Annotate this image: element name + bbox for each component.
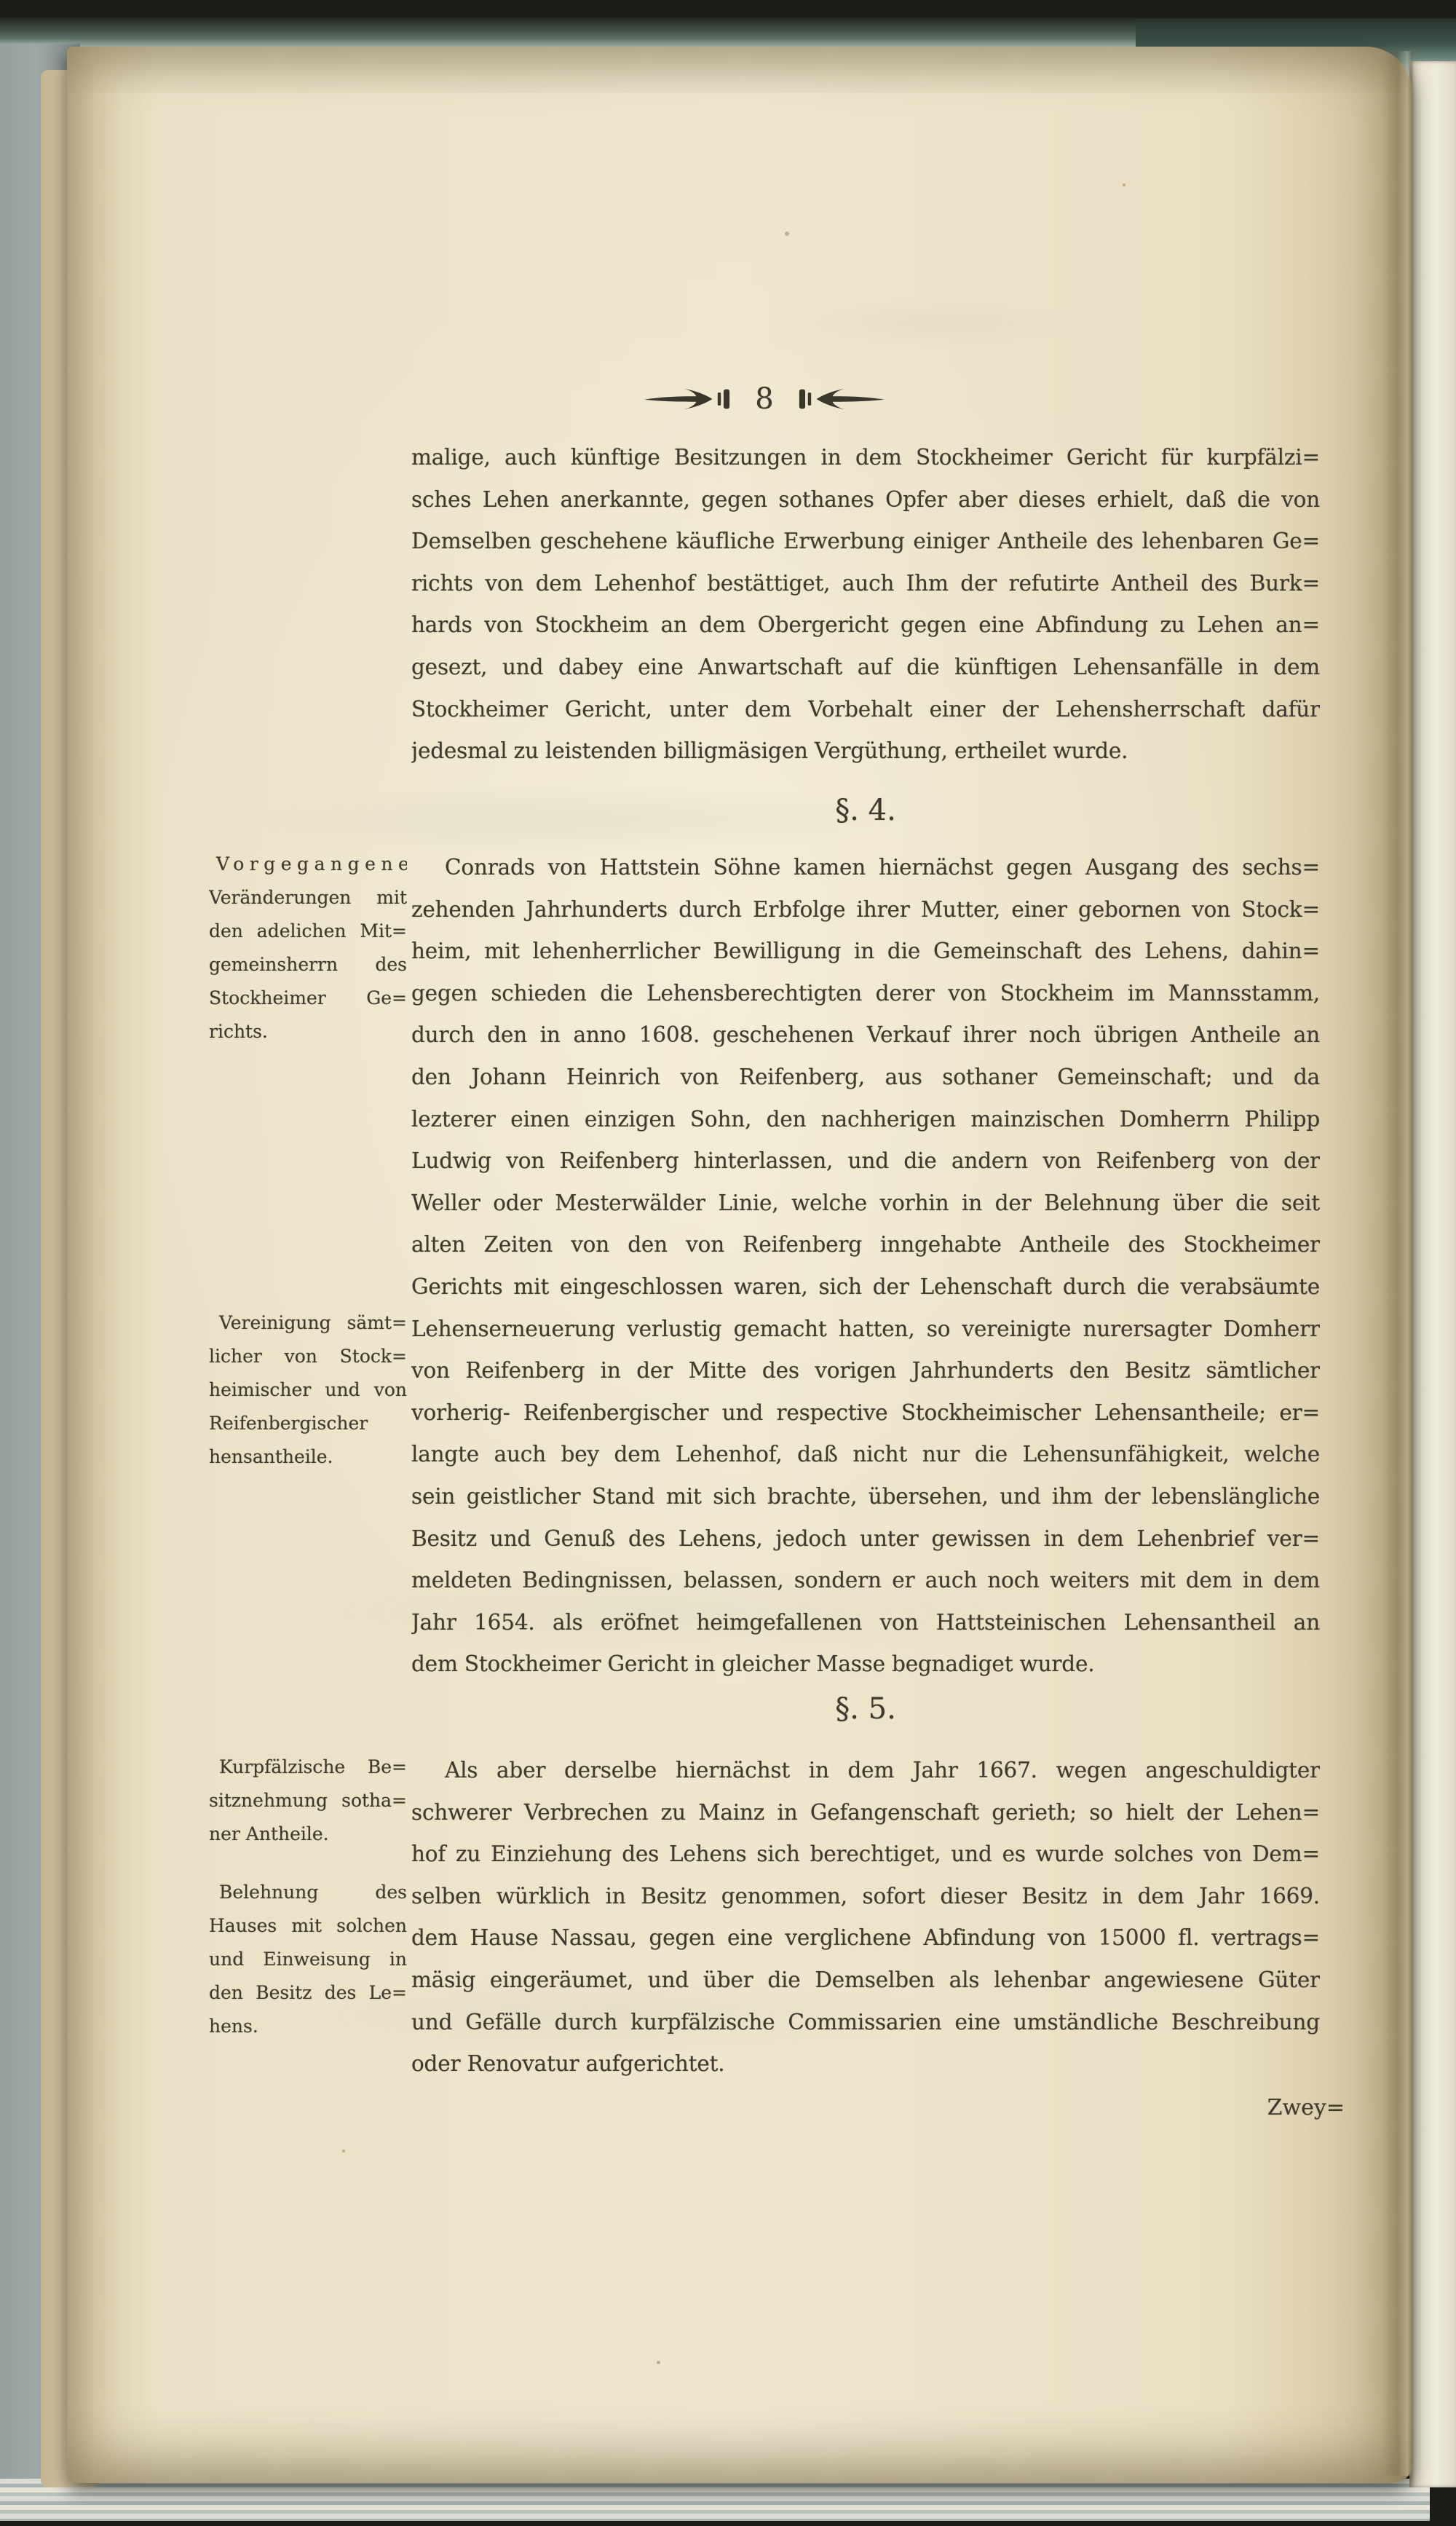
body-text-line: Jahr 1654. als eröfnet heimgefallenen vo… [411,1602,1320,1644]
body-text-line: richts von dem Lehenhof bestättiget, auc… [411,563,1320,605]
margin-note-union: Vereinigung sämt= licher von Stock= heim… [209,1306,407,1474]
body-text-line: Ludwig von Reifenberg hinterlassen, und … [411,1140,1320,1183]
body-text-line: lezterer einen einzigen Sohn, den nachhe… [411,1099,1320,1141]
section-5-body: Als aber derselbe hiernächst in dem Jahr… [411,1750,1320,2085]
body-text-line: von Reifenberg in der Mitte des vorigen … [411,1350,1320,1392]
body-text-line: oder Renovatur aufgerichtet. [411,2043,1320,2085]
margin-note-line: Belehnung des [209,1876,407,1909]
body-text-line: dem Hause Nassau, gegen eine verglichene… [411,1917,1320,1959]
scanned-book-photograph: { "meta": { "description": "Scanned page… [0,0,1456,2526]
margin-note-changes: Vorgegangene Veränderungen mit den adeli… [209,848,407,1049]
page-block-bottom-edge [0,2479,1430,2521]
body-text-line: Besitz und Genuß des Lehens, jedoch unte… [411,1518,1320,1560]
body-text-line: gesezt, und dabey eine Anwartschaft auf … [411,647,1320,689]
paper-speck [785,232,789,236]
margin-note-line: den Besitz des Le= [209,1976,407,2010]
section-4-heading-row: §. 4. [411,786,1320,834]
body-text-line: Stockheimer Gericht, unter dem Vorbehalt… [411,689,1320,731]
margin-note-line: Stockheimer Ge= [209,982,407,1015]
body-text-line: langte auch bey dem Lehenhof, daß nicht … [411,1434,1320,1476]
margin-note-line: ner Antheile. [209,1817,407,1851]
margin-note-line: heimischer und von [209,1373,407,1407]
body-text-line: alten Zeiten von den von Reifenberg inng… [411,1224,1320,1266]
margin-note-line: den adelichen Mit= [209,915,407,948]
margin-note-line: licher von Stock= [209,1340,407,1373]
margin-note-line: hensantheile. [209,1440,407,1474]
body-text-line: zehenden Jahrhunderts durch Erbfolge ihr… [411,889,1320,931]
body-text-line: Weller oder Mesterwälder Linie, welche v… [411,1183,1320,1225]
margin-note-line: Reifenbergischer Le= [209,1407,407,1440]
margin-note-line: Vereinigung sämt= [209,1306,407,1340]
body-text-line: hards von Stockheim an dem Obergericht g… [411,604,1320,647]
fleuron-arrow-left-icon [644,384,736,414]
paper-speck [1123,183,1125,186]
catchword: Zwey= [411,2087,1345,2129]
body-text-line: selben würklich in Besitz genommen, sofo… [411,1876,1320,1918]
section-heading: §. 5. [411,1685,1320,1733]
body-text-line: sein geistlicher Stand mit sich brachte,… [411,1476,1320,1518]
body-text-line: jedesmal zu leistenden billigmäsigen Ver… [411,730,1320,773]
body-text-line: meldeten Bedingnissen, belassen, sondern… [411,1560,1320,1602]
paragraph-continuation: malige, auch künftige Besitzungen in dem… [411,437,1320,773]
body-text-line: Als aber derselbe hiernächst in dem Jahr… [411,1750,1320,1792]
margin-note-line: Hauses mit solchen [209,1909,407,1943]
body-text-line: dem Stockheimer Gericht in gleicher Mass… [411,1643,1320,1686]
body-text-line: gegen schieden die Lehensberechtigten de… [411,973,1320,1015]
margin-note-line: sitznehmung sotha= [209,1784,407,1817]
body-text-line: und Gefälle durch kurpfälzische Commissa… [411,2002,1320,2044]
fleuron-arrow-right-icon [793,384,885,414]
body-text-line: Gerichts mit eingeschlossen waren, sich … [411,1266,1320,1309]
margin-note-enfeoffment: Belehnung des Hauses mit solchen und Ein… [209,1876,407,2043]
body-text-line: Conrads von Hattstein Söhne kamen hiernä… [411,847,1320,889]
section-4-body: Conrads von Hattstein Söhne kamen hiernä… [411,847,1320,1686]
margin-note-line: richts. [209,1015,407,1049]
section-5-heading-row: §. 5. [411,1685,1320,1733]
body-text-line: mäsig eingeräumet, und über die Demselbe… [411,1959,1320,2002]
body-text-line: malige, auch künftige Besitzungen in dem… [411,437,1320,479]
body-text-line: Lehenserneuerung verlustig gemacht hatte… [411,1309,1320,1351]
margin-note-line: und Einweisung in [209,1943,407,1976]
margin-note-line: hens. [209,2010,407,2043]
paper-speck [342,2150,345,2152]
margin-note-line: Vorgegangene [209,848,407,881]
body-text-line: durch den in anno 1608. geschehenen Verk… [411,1014,1320,1057]
paper-speck [657,2361,660,2364]
margin-note-line: Kurpfälzische Be= [209,1751,407,1784]
section-heading: §. 4. [411,786,1320,834]
page-fold-shadow [1380,51,1412,2476]
body-text-line: vorherig- Reifenbergischer und respectiv… [411,1392,1320,1434]
body-text-line: schwerer Verbrechen zu Mainz in Gefangen… [411,1792,1320,1834]
margin-note-line: Veränderungen mit [209,881,407,915]
body-text-line: hof zu Einziehung des Lehens sich berech… [411,1834,1320,1876]
margin-note-line: gemeinsherrn des [209,948,407,982]
page-number: 8 [755,376,773,422]
page-stack-right [1409,61,1456,2487]
running-head: 8 [209,376,1320,422]
margin-note-possession: Kurpfälzische Be= sitznehmung sotha= ner… [209,1751,407,1851]
body-text-line: heim, mit lehenherrlicher Bewilligung in… [411,931,1320,973]
body-text-line: sches Lehen anerkannte, gegen sothanes O… [411,479,1320,521]
body-text-line: den Johann Heinrich von Reifenberg, aus … [411,1057,1320,1099]
body-text-line: Demselben geschehene käufliche Erwerbung… [411,521,1320,563]
